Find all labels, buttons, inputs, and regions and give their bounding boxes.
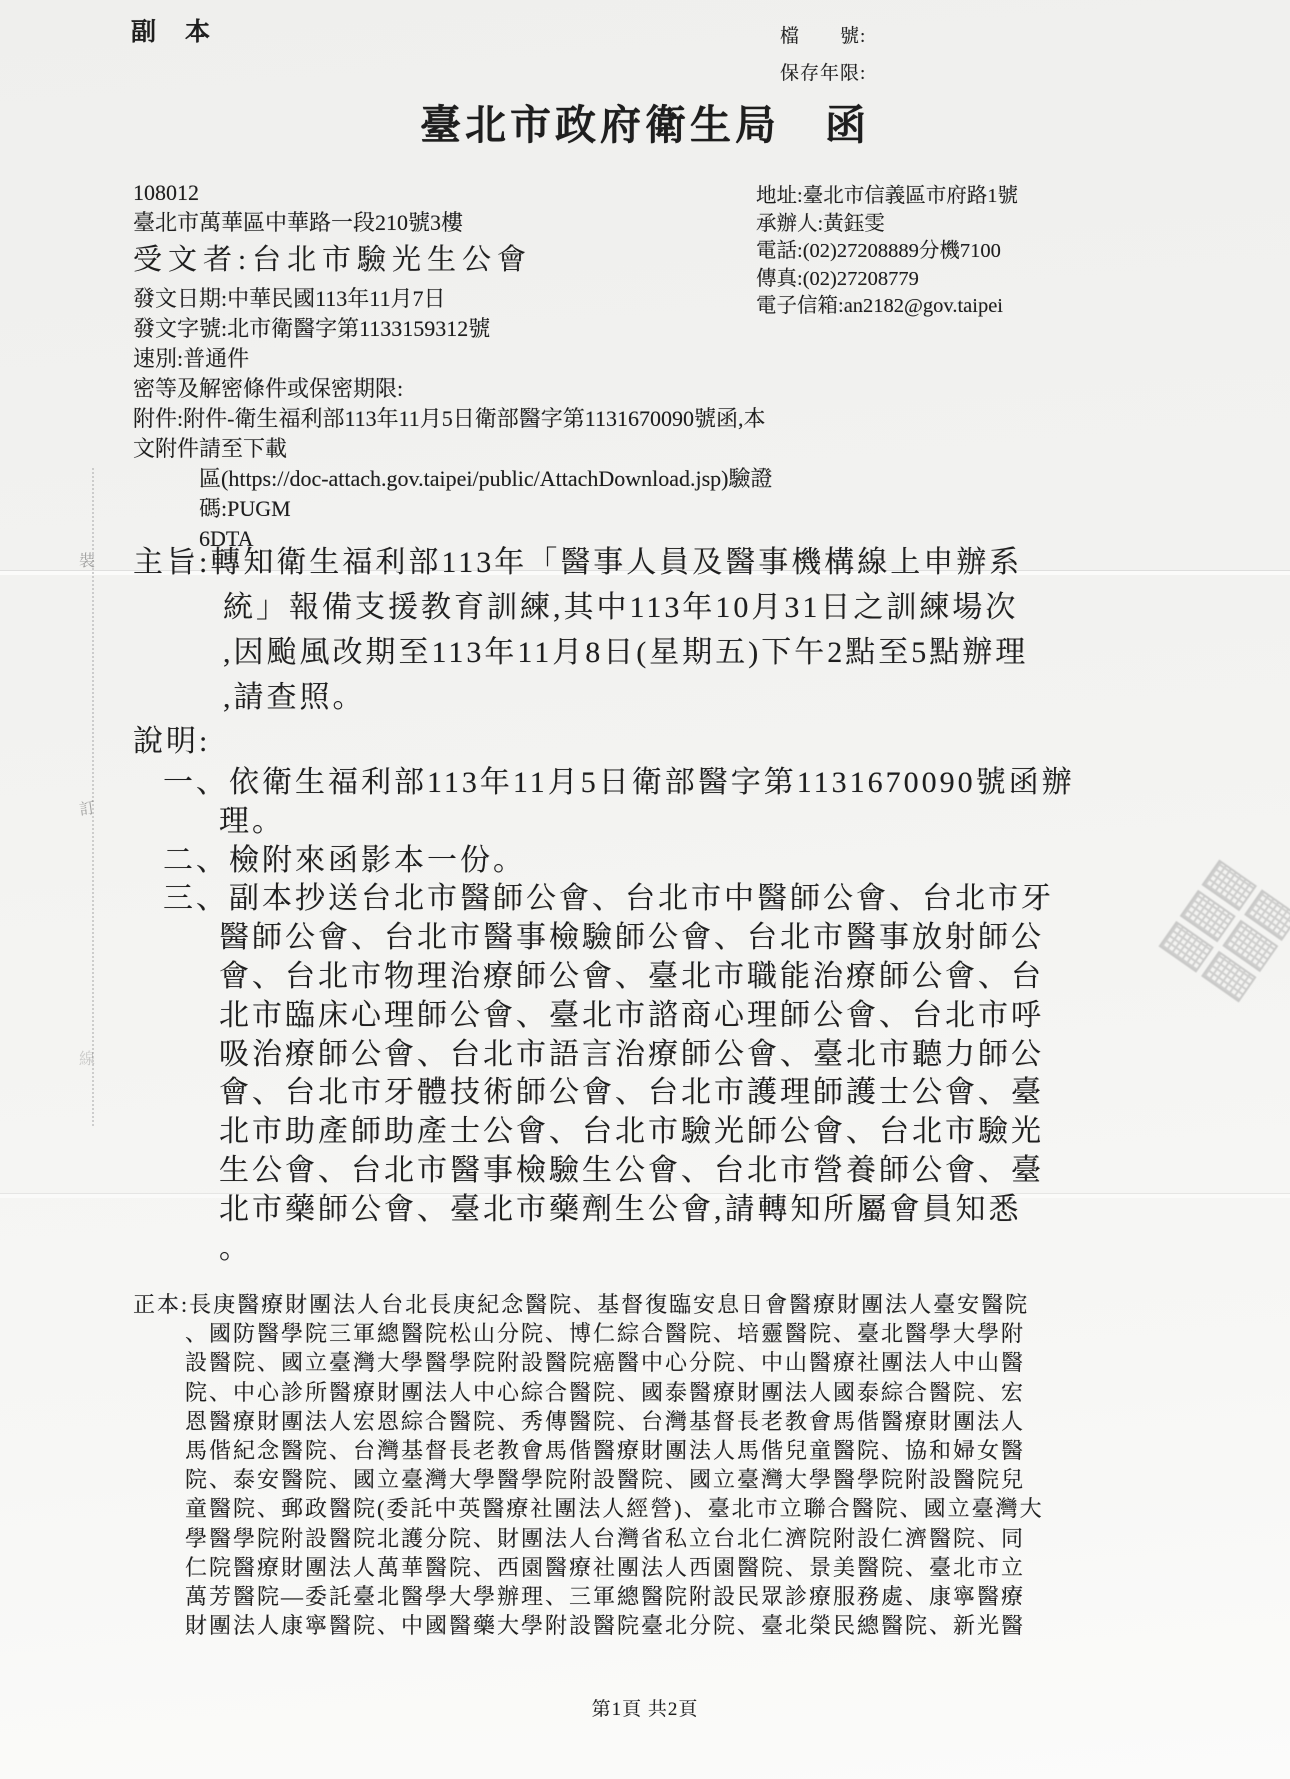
addressee-meta-block: 108012 臺北市萬華區中華路一段210號3樓 受文者:台北市驗光生公會 發文…	[133, 178, 773, 554]
explanation-item-3: 北市藥師公會、臺北市藥劑生公會,請轉知所屬會員知悉	[133, 1191, 1083, 1230]
recipient-line: 受文者:台北市驗光生公會	[133, 245, 773, 275]
agency-contact-block: 地址:臺北市信義區市府路1號 承辦人:黃鈺雯 電話:(02)27208889分機…	[756, 183, 1018, 321]
case-officer: 承辦人:黃鈺雯	[756, 211, 1018, 239]
explanation-item-1: 一、依衛生福利部113年11月5日衛部醫字第1131670090號函辦	[133, 764, 1083, 803]
recipients-line: 正本:長庚醫療財團法人台北長庚紀念醫院、基督復臨安息日會醫療財團法人臺安醫院	[133, 1290, 1093, 1319]
explanation-item-3: 會、台北市牙體技術師公會、台北市護理師護士公會、臺	[133, 1074, 1083, 1113]
copy-label: 副 本	[131, 12, 212, 48]
subject-line: 統」報備支援教育訓練,其中113年10月31日之訓練場次	[133, 585, 1083, 630]
stapling-mark: 訂	[77, 795, 96, 820]
received-seal-stamp-icon	[1150, 851, 1290, 1011]
thread-mark: 線	[79, 1046, 95, 1069]
explanation-item-1: 理。	[133, 803, 1083, 842]
explanation-item-3: 生公會、台北市醫事檢驗生公會、台北市營養師公會、臺	[133, 1152, 1083, 1191]
recipients-line: 設醫院、國立臺灣大學醫學院附設醫院癌醫中心分院、中山醫療社團法人中山醫	[133, 1348, 1093, 1377]
priority-level: 速別:普通件	[133, 344, 773, 374]
explanation-item-3: 北市助產師助產士公會、台北市驗光師公會、台北市驗光	[133, 1113, 1083, 1152]
explanation-item-3: 。	[133, 1230, 1083, 1269]
recipients-line: 恩醫療財團法人宏恩綜合醫院、秀傳醫院、台灣基督長老教會馬偕醫療財團法人	[133, 1407, 1093, 1436]
recipients-line: 童醫院、郵政醫院(委託中英醫療社團法人經營)、臺北市立聯合醫院、國立臺灣大	[133, 1494, 1093, 1523]
attachment-line: 附件:附件-衛生福利部113年11月5日衛部醫字第1131670090號函,本文…	[133, 404, 773, 464]
addressee-address: 臺北市萬華區中華路一段210號3樓	[133, 208, 773, 238]
explanation-item-3: 醫師公會、台北市醫事檢驗師公會、台北市醫事放射師公	[133, 919, 1083, 958]
recipients-line: 萬芳醫院—委託臺北醫學大學辦理、三軍總醫院附設民眾診療服務處、康寧醫療	[133, 1582, 1093, 1611]
retention-period-label: 保存年限:	[780, 55, 866, 92]
original-copy-recipients: 正本:長庚醫療財團法人台北長庚紀念醫院、基督復臨安息日會醫療財團法人臺安醫院 、…	[133, 1290, 1093, 1640]
explanation-item-3: 北市臨床心理師公會、臺北市諮商心理師公會、台北市呼	[133, 997, 1083, 1036]
explanation-item-3: 吸治療師公會、台北市語言治療師公會、臺北市聽力師公	[133, 1036, 1083, 1075]
security-classification: 密等及解密條件或保密期限:	[133, 374, 773, 404]
binding-mark: 裝	[79, 548, 95, 571]
recipients-line: 仁院醫療財團法人萬華醫院、西園醫療社團法人西園醫院、景美醫院、臺北市立	[133, 1553, 1093, 1582]
document-title: 臺北市政府衛生局 函	[0, 92, 1290, 151]
explanation-item-3: 會、台北市物理治療師公會、臺北市職能治療師公會、台	[133, 958, 1083, 997]
letter-body: 主旨:轉知衛生福利部113年「醫事人員及醫事機構線上申辦系 統」報備支援教育訓練…	[133, 540, 1083, 1268]
issue-date: 發文日期:中華民國113年11月7日	[133, 284, 773, 314]
explanation-item-3: 三、副本抄送台北市醫師公會、台北市中醫師公會、台北市牙	[133, 880, 1083, 919]
recipients-line: 、國防醫學院三軍總醫院松山分院、博仁綜合醫院、培靈醫院、臺北醫學大學附	[133, 1319, 1093, 1348]
subject-line: ,因颱風改期至113年11月8日(星期五)下午2點至5點辦理	[133, 630, 1083, 675]
email-address: 電子信箱:an2182@gov.taipei	[756, 293, 1018, 321]
file-number-block: 檔 號: 保存年限:	[780, 18, 866, 92]
document-number: 發文字號:北市衛醫字第1133159312號	[133, 314, 773, 344]
recipients-line: 馬偕紀念醫院、台灣基督長老教會馬偕醫療財團法人馬偕兒童醫院、協和婦女醫	[133, 1436, 1093, 1465]
page-number-indicator: 第1頁 共2頁	[0, 1694, 1290, 1721]
file-number-label: 檔 號:	[780, 18, 866, 55]
recipients-line: 學醫學院附設醫院北護分院、財團法人台灣省私立台北仁濟院附設仁濟醫院、同	[133, 1524, 1093, 1553]
phone-number: 電話:(02)27208889分機7100	[756, 238, 1018, 266]
subject-line: ,請查照。	[133, 675, 1083, 720]
recipients-line: 院、泰安醫院、國立臺灣大學醫學院附設醫院、國立臺灣大學醫學院附設醫院兒	[133, 1465, 1093, 1494]
fax-number: 傳真:(02)27208779	[756, 266, 1018, 294]
attachment-line: 區(https://doc-attach.gov.taipei/public/A…	[133, 464, 773, 524]
explanation-label: 說明:	[133, 720, 1083, 764]
subject-line: 主旨:轉知衛生福利部113年「醫事人員及醫事機構線上申辦系	[133, 540, 1083, 585]
recipients-line: 財團法人康寧醫院、中國醫藥大學附設醫院臺北分院、臺北榮民總醫院、新光醫	[133, 1611, 1093, 1640]
agency-address: 地址:臺北市信義區市府路1號	[756, 183, 1018, 211]
scanned-official-letter: 裝 訂 線 副 本 檔 號: 保存年限: 臺北市政府衛生局 函 108012 臺…	[0, 0, 1290, 1779]
zip-code: 108012	[133, 178, 773, 208]
explanation-item-2: 二、檢附來函影本一份。	[133, 842, 1083, 881]
recipients-line: 院、中心診所醫療財團法人中心綜合醫院、國泰醫療財團法人國泰綜合醫院、宏	[133, 1378, 1093, 1407]
